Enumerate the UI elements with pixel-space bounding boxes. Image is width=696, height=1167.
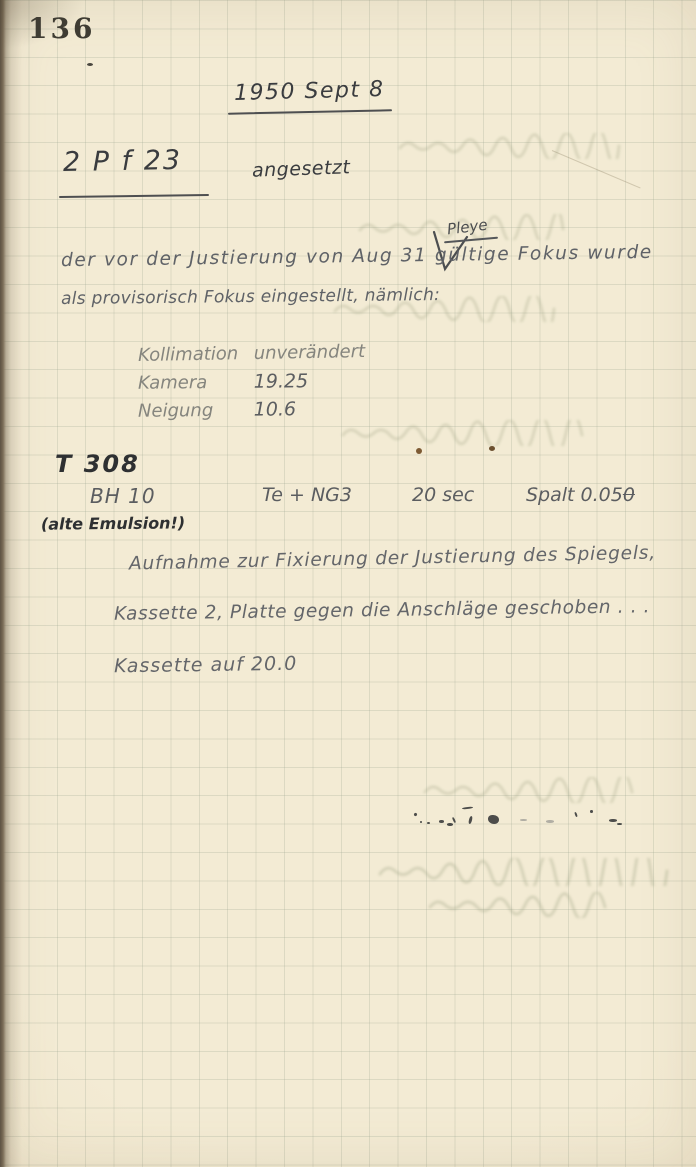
ink-smudge (488, 815, 499, 824)
setting-value: unverändert (254, 341, 366, 364)
ink-smudge (420, 821, 422, 823)
note-line-2: als provisorisch Fokus eingestellt, näml… (61, 285, 440, 309)
plate-id: BH 10 (90, 484, 156, 508)
bleed-through-writing (425, 892, 615, 918)
ink-smudge (468, 816, 473, 824)
ink-smudge (427, 822, 430, 824)
setting-label: Neigung (138, 400, 248, 422)
filter-combo: Te + NG3 (262, 484, 352, 506)
paper-speck (87, 63, 93, 66)
note-line-1: der vor der Justierung von Aug 31 gültig… (61, 242, 653, 271)
entry1-title: 2 P f 23 (63, 145, 183, 178)
setting-row-neigung: Neigung 10.6 (138, 398, 296, 421)
bleed-through-writing (395, 133, 625, 159)
slit-width: Spalt 0.050 (526, 484, 635, 506)
bleed-through-writing (375, 858, 675, 886)
title-underline (59, 194, 209, 198)
ink-smudge (452, 817, 456, 823)
setting-row-kollimation: Kollimation unverändert (138, 341, 365, 366)
ink-smudge (439, 820, 444, 823)
ink-smudge (447, 823, 453, 826)
setting-value: 10.6 (254, 398, 297, 420)
notebook-page: 136 1950 Sept 8 2 P f 23 angesetzt Pleye… (0, 0, 696, 1167)
setting-value: 19.25 (254, 370, 309, 392)
binding-edge-shadow (0, 0, 22, 1167)
entry1-status: angesetzt (252, 156, 351, 181)
entry-date: 1950 Sept 8 (234, 77, 385, 106)
slit-struck-digit: 0 (623, 484, 635, 506)
exposure-time: 20 sec (412, 484, 474, 506)
ink-smudge (609, 819, 617, 822)
page-number: 136 (28, 12, 95, 45)
paper-speck (489, 446, 495, 451)
ink-smudge (462, 806, 473, 809)
entry2-id: T 308 (55, 450, 140, 478)
ink-smudge (574, 812, 578, 817)
cassette-line: Kassette 2, Platte gegen die Anschläge g… (114, 596, 650, 624)
ink-smudge (546, 820, 554, 823)
ink-smudge (590, 810, 593, 813)
setting-label: Kollimation (138, 343, 248, 366)
ink-smudge (520, 819, 527, 821)
ink-smudge (617, 823, 622, 825)
date-underline (228, 109, 392, 114)
paper-speck (416, 448, 422, 454)
ink-smudge (414, 813, 418, 817)
purpose-line: Aufnahme zur Fixierung der Justierung de… (129, 542, 656, 574)
slit-value: Spalt 0.05 (526, 484, 623, 506)
setting-row-kamera: Kamera 19.25 (138, 370, 308, 393)
bleed-through-writing (420, 777, 640, 803)
bleed-through-writing (338, 420, 593, 446)
emulsion-note: (alte Emulsion!) (41, 513, 185, 533)
cassette-setting: Kassette auf 20.0 (114, 653, 298, 678)
setting-label: Kamera (138, 372, 248, 394)
